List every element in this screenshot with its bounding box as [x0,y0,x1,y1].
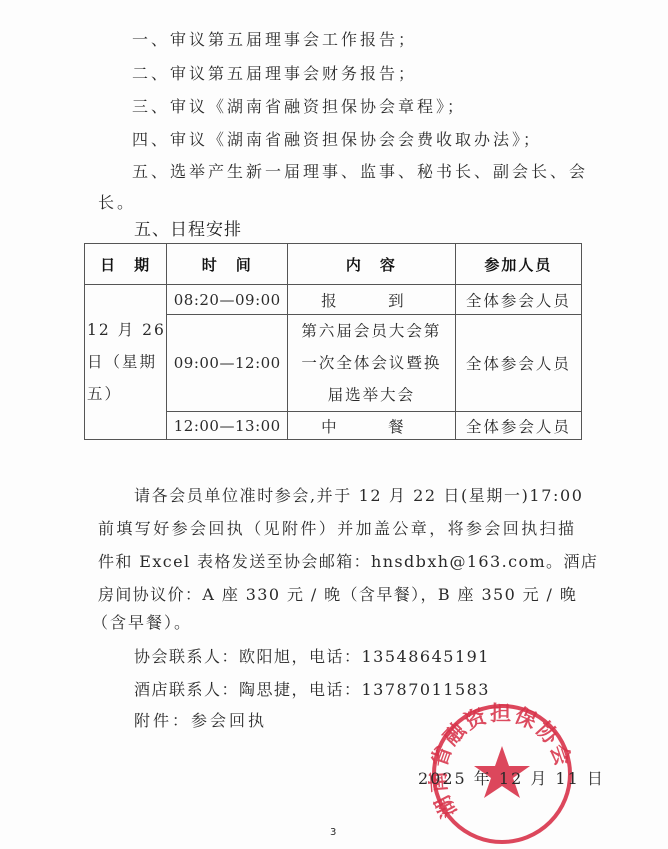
table-row: 12 月 26 日（星期 五） 08:20—09:00 报 到 全体参会人员 [85,285,582,315]
attendees-cell: 全体参会人员 [455,315,581,412]
content-line: 一次全体会议暨换 [288,347,454,379]
header-content: 内 容 [288,244,455,285]
agenda-item: 二、审议第五届理事会财务报告； [132,64,417,84]
attachment-note: 附件：参会回执 [134,711,267,731]
header-time: 时 间 [167,244,288,285]
schedule-table: 日 期 时 间 内 容 参加人员 12 月 26 日（星期 五） 08:20—0… [84,243,582,440]
notice-line: 前填写好参会回执（见附件）并加盖公章，将参会回执扫描 [98,519,576,539]
page-number: 3 [330,827,336,838]
attendees-cell: 全体参会人员 [455,285,581,315]
content-cell: 第六届会员大会第 一次全体会议暨换 届选举大会 [288,315,455,412]
header-attendees: 参加人员 [455,244,581,285]
time-cell: 12:00—13:00 [167,412,288,440]
time-cell: 08:20—09:00 [167,285,288,315]
date-cell: 12 月 26 日（星期 五） [85,285,167,440]
notice-line: 房间协议价：A 座 330 元 / 晚（含早餐），B 座 350 元 / 晚 [98,585,577,605]
date-line: 日（星期 [87,346,166,378]
agenda-item: 四、审议《湖南省融资担保协会会费收取办法》； [132,130,542,150]
date-line: 五） [87,378,166,410]
header-date: 日 期 [85,244,167,285]
content-line: 届选举大会 [288,379,454,411]
association-contact: 协会联系人：欧阳旭，电话：13548645191 [134,647,490,667]
content-line: 第六届会员大会第 [288,315,454,347]
date-line: 12 月 26 [87,314,166,346]
agenda-item: 三、审议《湖南省融资担保协会章程》； [132,97,466,117]
agenda-item: 一、审议第五届理事会工作报告； [132,30,417,50]
signature-date: 2025 年 12 月 11 日 [418,766,605,789]
table-header-row: 日 期 时 间 内 容 参加人员 [85,244,582,285]
schedule-heading: 五、日程安排 [134,220,242,240]
notice-line: 件和 Excel 表格发送至协会邮箱：hnsdbxh@163.com。酒店 [98,552,598,572]
hotel-contact: 酒店联系人：陶思捷，电话：13787011583 [134,680,490,700]
notice-line: （含早餐）。 [92,613,192,633]
agenda-item: 长。 [98,193,136,213]
content-cell: 中 餐 [288,412,455,440]
agenda-item: 五、选举产生新一届理事、监事、秘书长、副会长、会 [132,162,588,182]
time-cell: 09:00—12:00 [167,315,288,412]
notice-line: 请各会员单位准时参会,并于 12 月 22 日(星期一)17:00 [134,486,584,506]
content-cell: 报 到 [288,285,455,315]
attendees-cell: 全体参会人员 [455,412,581,440]
